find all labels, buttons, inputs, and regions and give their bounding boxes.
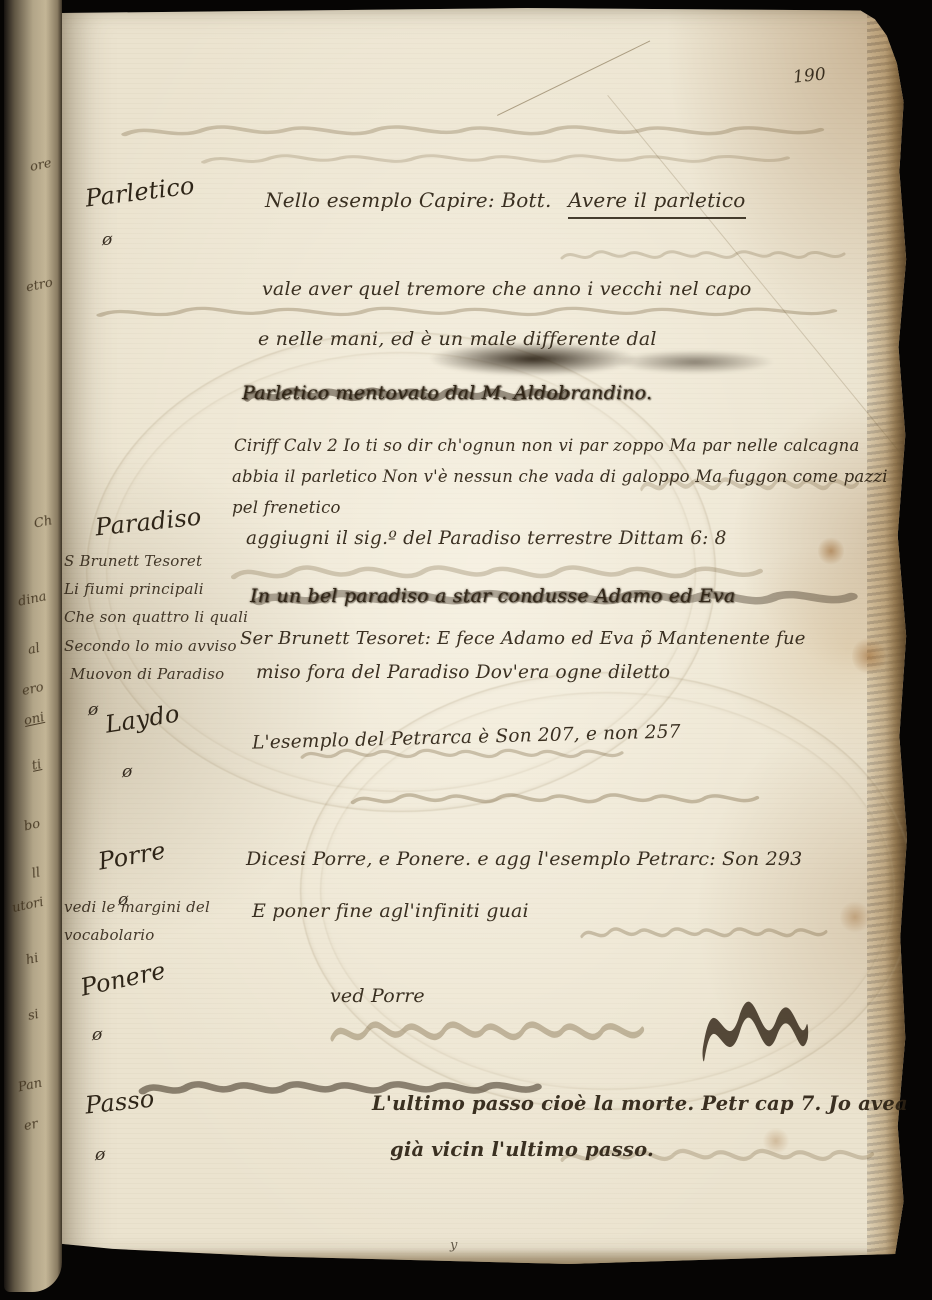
manuscript-photo: ore etro Ch dina al ero oni ti bo ll uto…: [0, 0, 932, 1300]
margin-note: S Brunett Tesoret: [64, 552, 202, 570]
pen-trial-mark: [700, 1000, 810, 1064]
entry-line: E poner fine agl'infiniti guai: [252, 900, 529, 922]
entry-symbol: ø: [92, 1025, 102, 1045]
edge-fragment: etro: [25, 275, 54, 295]
edge-fragment: dina: [17, 589, 48, 610]
catchword-mark: y: [450, 1238, 458, 1253]
edge-fragment: ti: [31, 757, 43, 774]
page-bottom-edge: [62, 1248, 907, 1264]
entry-line: L'ultimo passo cioè la morte. Petr cap 7…: [372, 1092, 908, 1115]
showthrough-ghost: [200, 148, 820, 172]
folio-number: 190: [792, 64, 827, 87]
entry-line: Dicesi Porre, e Ponere. e agg l'esemplo …: [246, 848, 802, 870]
edge-fragment: er: [23, 1117, 40, 1135]
entry-symbol: ø: [88, 700, 98, 720]
entry-line: e nelle mani, ed è un male differente da…: [258, 328, 657, 350]
foxing-spot: [840, 900, 870, 934]
edge-fragment: utori: [11, 895, 45, 916]
edge-fragment: ll: [31, 865, 42, 881]
paper-crease: [497, 40, 650, 115]
entry-symbol: ø: [95, 1145, 105, 1165]
edge-fragment: ero: [21, 680, 45, 699]
edge-fragment: Pan: [17, 1076, 44, 1096]
showthrough-ghost: [330, 1008, 660, 1060]
entry-line: già vicin l'ultimo passo.: [390, 1138, 654, 1161]
showthrough-ghost: [560, 244, 860, 268]
entry-line-struck: In un bel paradiso a star condusse Adamo…: [250, 585, 735, 607]
line-text-underlined: Avere il parletico: [568, 188, 745, 219]
edge-fragment: al: [27, 641, 42, 658]
previous-page-edge: ore etro Ch dina al ero oni ti bo ll uto…: [4, 0, 62, 1292]
entry-line: ved Porre: [330, 985, 425, 1007]
entry-line: pel frenetico: [232, 498, 341, 517]
showthrough-ghost: [350, 786, 780, 814]
ink-blot: [615, 350, 775, 374]
entry-line: aggiugni il sig.º del Paradiso terrestre…: [246, 528, 727, 549]
margin-note: vocabolario: [64, 926, 154, 944]
entry-symbol: ø: [102, 230, 112, 250]
foxing-spot: [818, 536, 844, 566]
margin-note: Li fiumi principali: [64, 580, 204, 598]
edge-fragment: bo: [23, 816, 42, 834]
entry-line: miso fora del Paradiso Dov'era ogne dile…: [256, 662, 670, 683]
edge-fragment: oni: [23, 710, 46, 729]
edge-fragment: Ch: [33, 513, 54, 531]
showthrough-ghost: [95, 300, 875, 326]
margin-note: vedi le margini del: [64, 898, 210, 916]
entry-line: Nello esemplo Capire: Bott. Avere il par…: [265, 188, 746, 212]
entry-line: abbia il parletico Non v'è nessun che va…: [232, 467, 888, 486]
entry-symbol: ø: [122, 762, 132, 782]
showthrough-ghost: [120, 118, 860, 146]
entry-line: vale aver quel tremore che anno i vecchi…: [262, 278, 752, 300]
showthrough-ghost: [580, 920, 840, 948]
entry-line: Ser Brunett Tesoret: E fece Adamo ed Eva…: [240, 628, 806, 649]
line-text: Nello esemplo Capire: Bott.: [265, 188, 552, 212]
edge-fragment: hi: [25, 951, 40, 968]
margin-note: Secondo lo mio avviso: [64, 637, 237, 655]
entry-line: Ciriff Calv 2 Io ti so dir ch'ognun non …: [234, 436, 860, 455]
edge-fragment: ore: [29, 156, 53, 175]
margin-note: Muovon di Paradiso: [70, 665, 224, 683]
margin-note: Che son quattro li quali: [64, 608, 248, 626]
entry-line-struck: Parletico mentovato dal M. Aldobrandino.: [242, 382, 652, 404]
foxing-spot: [852, 636, 886, 676]
edge-fragment: si: [27, 1007, 41, 1024]
